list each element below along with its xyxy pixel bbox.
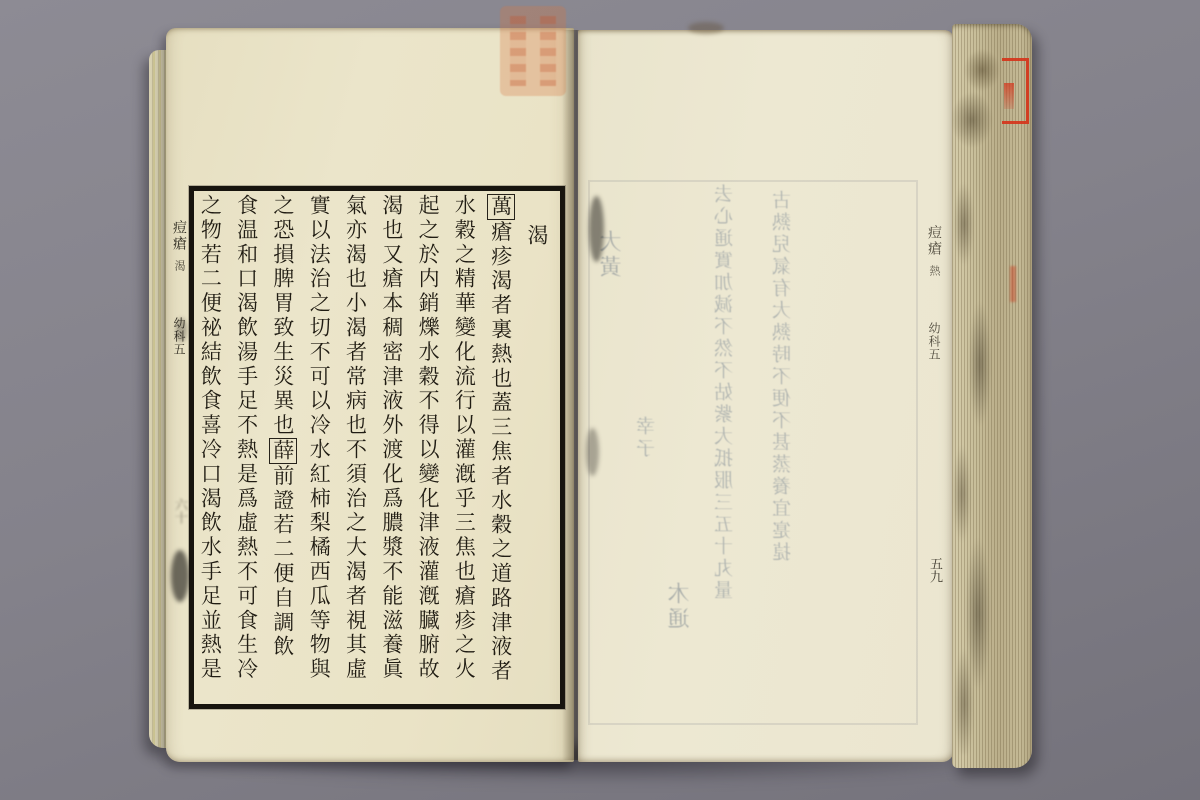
text-column: 萬瘡疹渴者裏熱也蓋三焦者水穀之道路津液者 (482, 194, 518, 701)
left-page-text-columns: 渴 萬瘡疹渴者裏熱也蓋三焦者水穀之道路津液者水穀之精華變化流行以灌漑乎三焦也瘡疹… (199, 194, 555, 701)
right-margin-folio-number: 五九 (927, 557, 942, 583)
right-fold-margin: 痘瘡熱幼科五五九 (922, 195, 944, 755)
bleedthrough-column: 大黃 (596, 184, 630, 721)
text-column: 之恐損脾胃致生災異也薛前證若二便自調飲 (265, 194, 301, 701)
text-column: 實以法治之切不可以冷水紅柿梨橘西瓜等物與 (301, 194, 337, 701)
red-collector-seal-icon (1002, 58, 1029, 124)
photo-background: 痘瘡渴幼科五六十 渴 萬瘡疹渴者裏熱也蓋三焦者水穀之道路津液者水穀之精華變化流行… (0, 0, 1200, 800)
bleedthrough-column: 幸子 (630, 184, 664, 721)
bleedthrough-layer: 大黃幸子木通去心通實加減不然不姑紫大抵服三五十丸量古熱兒氣有大熱時不便不甚蒸養宜… (588, 180, 918, 725)
text-column: 起之於内銷爍水穀不得以變化津液灌漑臓腑故 (410, 194, 446, 701)
text-column: 氣亦渴也小渴者常病也不須治之大渴者視其虛 (337, 194, 373, 701)
bleedthrough-column: 古熱兒氣有大熱時不便不甚蒸養宜寔㨗 (764, 184, 802, 721)
ink-smudge (589, 196, 604, 262)
text-column: 渴也又瘡本稠密津液外渡化爲膿漿不能滋養眞 (374, 194, 410, 701)
red-seal-fragment-icon (1010, 266, 1016, 302)
bleedthrough-column: 去心通實加減不然不姑紫大抵服三五十丸量 (706, 184, 744, 721)
left-margin-section: 渴 (173, 260, 186, 271)
fore-edge-page-stack (952, 24, 1032, 768)
ink-smudge (586, 428, 599, 476)
ink-smudge (688, 22, 724, 34)
bleedthrough-columns: 大黃幸子木通去心通實加減不然不姑紫大抵服三五十丸量古熱兒氣有大熱時不便不甚蒸養宜… (596, 184, 910, 721)
right-margin-section: 熱 (928, 265, 941, 276)
text-column: 之物若二便祕結飲食喜冷口渴飲水手足並熱是 (192, 194, 228, 701)
ink-smudge (171, 550, 189, 602)
right-page: 大黃幸子木通去心通實加減不然不姑紫大抵服三五十丸量古熱兒氣有大熱時不便不甚蒸養宜… (578, 30, 954, 762)
left-fold-margin: 痘瘡渴幼科五六十 (168, 186, 189, 761)
left-margin-book-title: 痘瘡 (171, 220, 187, 252)
section-title: 渴 (519, 194, 555, 731)
right-margin-book-title: 痘瘡 (926, 225, 942, 257)
text-column: 食温和口渴飲湯手足不熱是爲虛熱不可食生冷 (228, 194, 264, 701)
right-margin-volume-label: 幼科五 (927, 322, 941, 361)
text-column: 水穀之精華變化流行以灌漑乎三焦也瘡疹之火 (446, 194, 482, 701)
left-margin-folio-number: 六十 (172, 498, 187, 524)
printed-text-frame: 渴 萬瘡疹渴者裏熱也蓋三焦者水穀之道路津液者水穀之精華變化流行以灌漑乎三焦也瘡疹… (189, 186, 565, 709)
left-page: 痘瘡渴幼科五六十 渴 萬瘡疹渴者裏熱也蓋三焦者水穀之道路津液者水穀之精華變化流行… (166, 28, 574, 762)
ink-smudge (176, 318, 187, 342)
bleedthrough-column: 木通 (664, 184, 698, 721)
faint-top-seal-icon (500, 6, 566, 96)
fore-edge-ink-mottling (952, 164, 1004, 754)
